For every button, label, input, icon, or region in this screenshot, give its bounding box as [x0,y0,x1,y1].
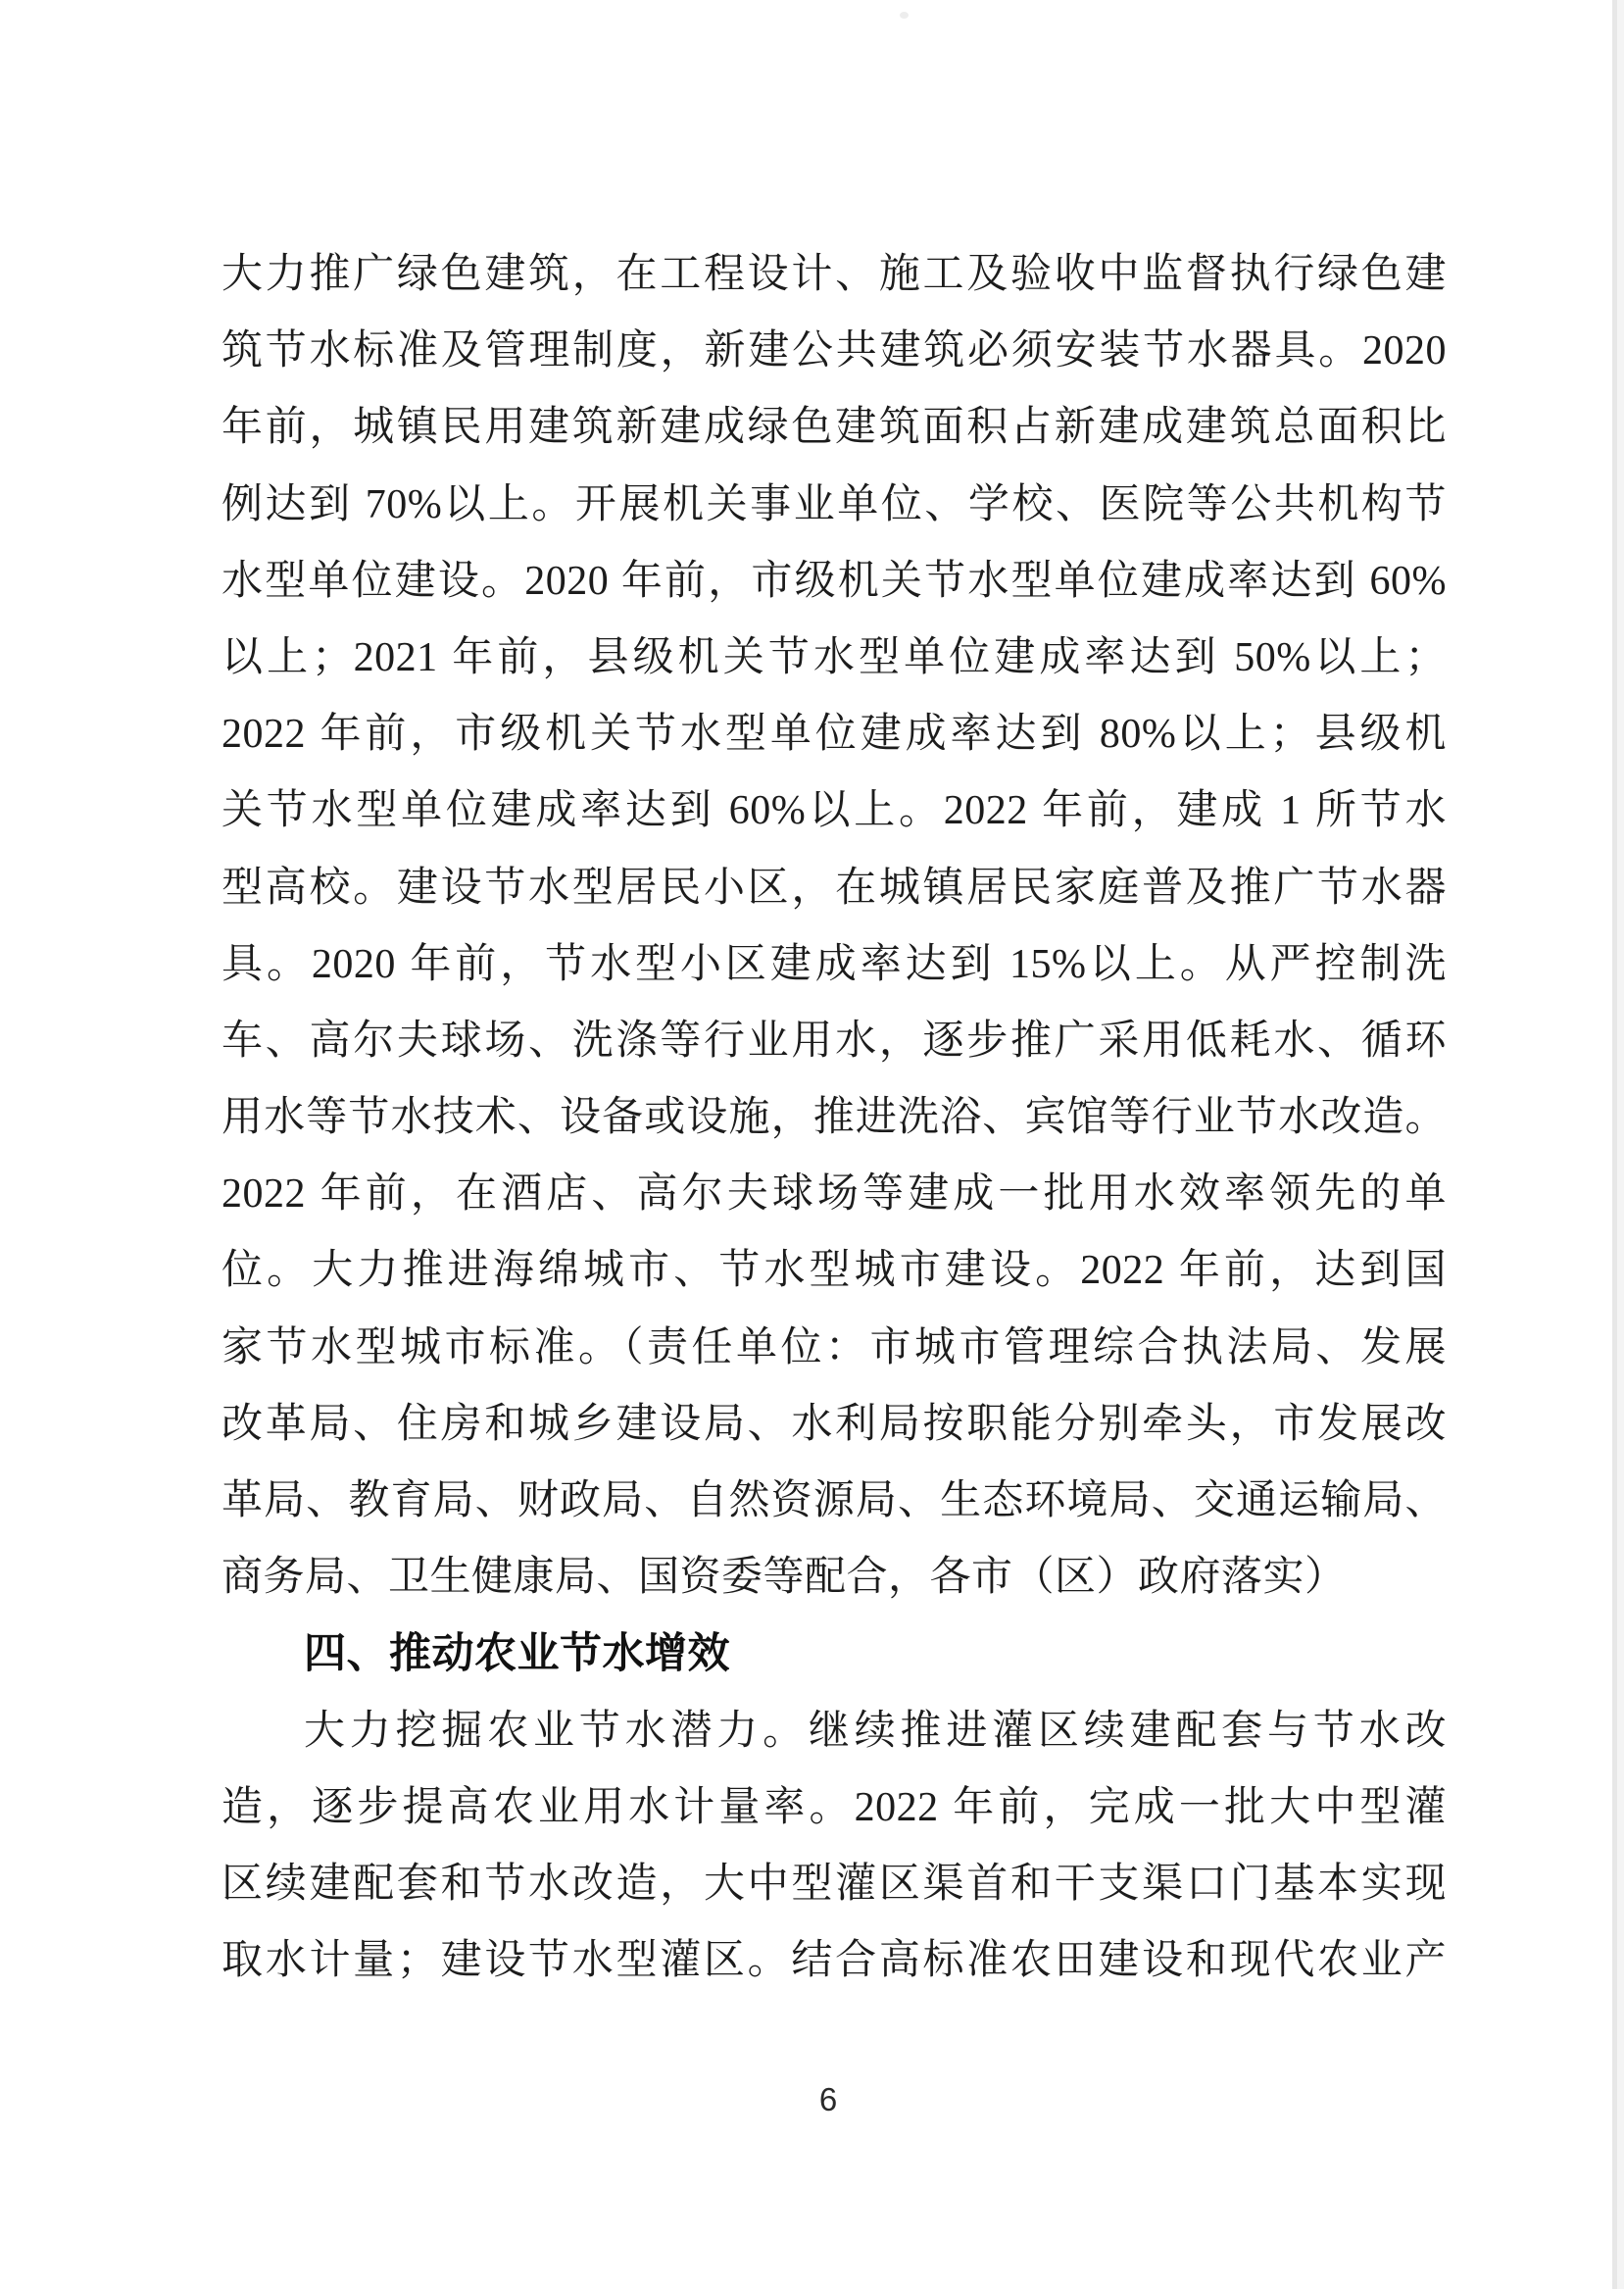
text-line: 例达到 70%以上。开展机关事业单位、学校、医院等公共机构节 [221,467,1447,543]
text-line: 2022 年前，在酒店、高尔夫球场等建成一批用水效率领先的单 [221,1156,1447,1232]
text-line: 改革局、住房和城乡建设局、水利局按职能分别牵头，市发展改 [221,1386,1447,1463]
text-line: 取水计量；建设节水型灌区。结合高标准农田建设和现代农业产 [221,1922,1447,1999]
text-line: 具。2020 年前，节水型小区建成率达到 15%以上。从严控制洗 [221,926,1447,1003]
document-page: 大力推广绿色建筑，在工程设计、施工及验收中监督执行绿色建 筑节水标准及管理制度，… [0,0,1624,2289]
text-line: 年前，城镇民用建筑新建成绿色建筑面积占新建成建筑总面积比 [221,389,1447,466]
text-line: 位。大力推进海绵城市、节水型城市建设。2022 年前，达到国 [221,1232,1447,1309]
text-line: 关节水型单位建成率达到 60%以上。2022 年前，建成 1 所节水 [221,772,1447,849]
text-line: 大力挖掘农业节水潜力。继续推进灌区续建配套与节水改 [221,1693,1447,1769]
scan-edge-band [1617,0,1624,2289]
page-number: 6 [730,2080,926,2119]
text-line: 水型单位建设。2020 年前，市级机关节水型单位建成率达到 60% [221,543,1447,620]
text-line: 筑节水标准及管理制度，新建公共建筑必须安装节水器具。2020 [221,313,1447,389]
text-line: 革局、教育局、财政局、自然资源局、生态环境局、交通运输局、 [221,1463,1447,1539]
scan-artifact-speck [900,12,909,19]
text-line: 区续建配套和节水改造，大中型灌区渠首和干支渠口门基本实现 [221,1846,1447,1922]
text-line: 用水等节水技术、设备或设施，推进洗浴、宾馆等行业节水改造。 [221,1079,1447,1156]
section-heading: 四、推动农业节水增效 [221,1616,1447,1692]
text-line: 大力推广绿色建筑，在工程设计、施工及验收中监督执行绿色建 [221,236,1447,313]
text-line: 家节水型城市标准。（责任单位：市城市管理综合执法局、发展 [221,1310,1447,1386]
text-line: 2022 年前，市级机关节水型单位建成率达到 80%以上；县级机 [221,696,1447,772]
text-line: 商务局、卫生健康局、国资委等配合，各市（区）政府落实） [221,1539,1447,1616]
text-line: 以上；2021 年前，县级机关节水型单位建成率达到 50%以上； [221,620,1447,696]
text-line: 车、高尔夫球场、洗涤等行业用水，逐步推广采用低耗水、循环 [221,1003,1447,1079]
text-line: 造，逐步提高农业用水计量率。2022 年前，完成一批大中型灌 [221,1769,1447,1846]
body-text-block: 大力推广绿色建筑，在工程设计、施工及验收中监督执行绿色建 筑节水标准及管理制度，… [221,236,1447,1999]
text-line: 型高校。建设节水型居民小区，在城镇居民家庭普及推广节水器 [221,850,1447,926]
